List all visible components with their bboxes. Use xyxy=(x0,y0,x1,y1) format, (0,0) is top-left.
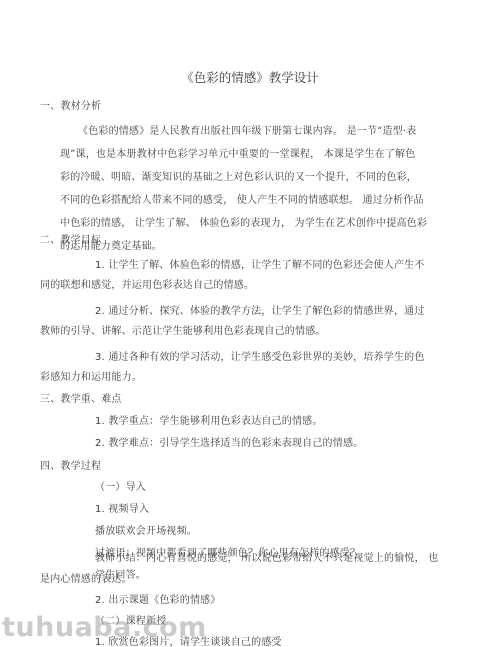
item-number: 2. xyxy=(95,595,105,606)
paragraph-line: 《色彩的情感》是人民教育出版社四年级下册第七课内容。 是一节“造型·表 xyxy=(78,122,416,137)
section-heading-3: 三、教学重、难点 xyxy=(40,390,122,405)
difficulty-item: 2. 教学难点：引导学生选择适当的色彩来表现自己的情感。 xyxy=(95,434,363,449)
paragraph-line: 不同的色彩搭配给人带来不同的感受， 使人产生不同的情感联想。 通过分析作品 xyxy=(60,191,424,206)
item-text: 出示课题《色彩的情感》 xyxy=(108,595,220,606)
goal-item-3: 3. 通过各种有效的学习活动，让学生感受色彩世界的美妙，培养学生的色 xyxy=(95,348,425,363)
subsection-heading-intro: （一）导入 xyxy=(95,478,146,493)
step-item-title: 2. 出示课题《色彩的情感》 xyxy=(95,591,221,606)
goal-text: 通过各种有效的学习活动，让学生感受色彩世界的美妙，培养学生的色 xyxy=(108,352,424,363)
goal-text: 通过分析、探究、体验的教学方法，让学生了解色彩的情感世界，通过 xyxy=(108,306,424,317)
paragraph-line: 现”课，也是本册教材中色彩学习单元中重要的一堂课程， 本课是学生在了解色 xyxy=(60,145,416,160)
section-heading-1: 一、教材分析 xyxy=(40,97,101,112)
goal-item-2-cont: 教师的引导、讲解、示范让学生能够利用色彩表现自己的情感。 xyxy=(40,322,326,337)
key-point-item: 1. 教学重点：学生能够利用色彩表达自己的情感。 xyxy=(95,412,323,427)
goal-number: 1. xyxy=(95,260,105,271)
teacher-summary-line: 教师小结：内心有喜悦的感觉， 所以说色彩带给人不只是视觉上的愉悦， 也 xyxy=(95,549,438,564)
goal-number: 2. xyxy=(95,306,105,317)
paragraph-line: 播放联欢会开场视频。 xyxy=(95,522,197,537)
watermark: tuhuaba.com xyxy=(2,612,207,643)
item-number: 1. xyxy=(95,416,105,427)
goal-item-1-cont: 同的联想和感觉，并运用色彩表达自己的情感。 xyxy=(40,276,254,291)
goal-text: 让学生了解、体验色彩的情感，让学生了解不同的色彩还会使人产生不 xyxy=(108,260,424,271)
goal-item-1: 1. 让学生了解、体验色彩的情感，让学生了解不同的色彩还会使人产生不 xyxy=(95,256,425,271)
item-number: 2. xyxy=(95,438,105,449)
document-title: 《色彩的情感》教学设计 xyxy=(0,68,500,86)
item-text: 教学难点：引导学生选择适当的色彩来表现自己的情感。 xyxy=(108,438,363,449)
section-heading-4: 四、教学过程 xyxy=(40,457,101,472)
item-text: 视频导入 xyxy=(108,504,149,515)
item-number: 1. xyxy=(95,504,105,515)
item-text: 教学重点：学生能够利用色彩表达自己的情感。 xyxy=(108,416,322,427)
goal-item-3-cont: 彩感知力和运用能力。 xyxy=(40,368,142,383)
step-item-video: 1. 视频导入 xyxy=(95,500,149,515)
paragraph-line: 中色彩的情感， 让学生了解、 体验色彩的表现力， 为学生在艺术创作中提高色彩 xyxy=(60,214,427,229)
goal-number: 3. xyxy=(95,352,105,363)
section-heading-2: 二、教学目标 xyxy=(40,231,101,246)
teacher-summary-line-cont: 是内心情感的表达。 xyxy=(40,570,132,585)
goal-item-2: 2. 通过分析、探究、体验的教学方法，让学生了解色彩的情感世界，通过 xyxy=(95,302,425,317)
paragraph-line: 彩的冷暖、明暗、渐变知识的基础之上对色彩认识的又一个提升，不同的色彩， xyxy=(60,168,417,183)
